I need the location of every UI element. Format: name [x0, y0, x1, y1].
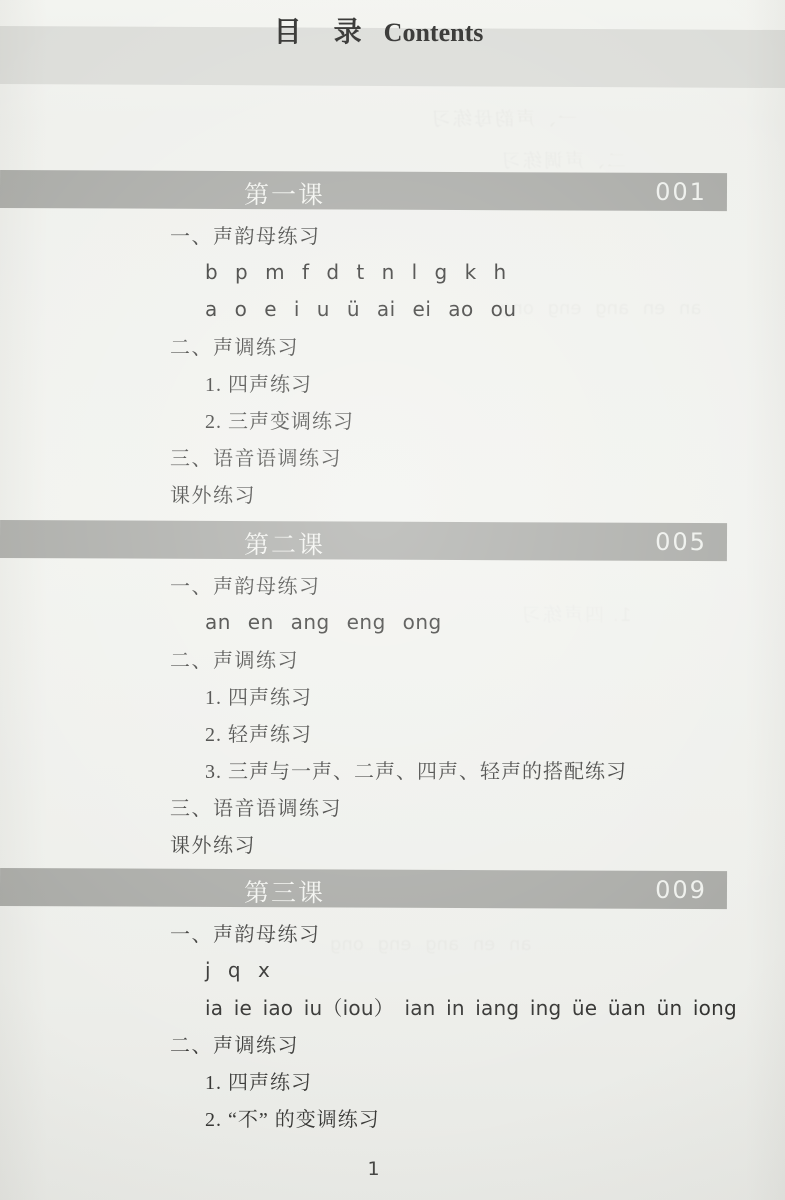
toc-entry-pinyin: a o e i u ü ai ei ao ou	[0, 290, 785, 327]
toc-entry-pinyin: b p m f d t n l g k h	[0, 253, 785, 290]
toc-entry-section: 一、声韵母练习	[0, 914, 785, 951]
bleedthrough-text: 一、声韵母练习	[430, 104, 577, 131]
lesson-1-page-number: 001	[655, 178, 707, 206]
lesson-1-entries: 一、声韵母练习 b p m f d t n l g k h a o e i u …	[0, 170, 785, 512]
toc-title-chinese: 目 录	[274, 17, 364, 48]
toc-entry-extra: 课外练习	[0, 475, 785, 512]
lesson-1-banner: 第一课 001	[0, 170, 727, 211]
lesson-3-banner: 第三课 009	[0, 868, 727, 909]
toc-entry-subitem: 2. “不” 的变调练习	[0, 1099, 785, 1136]
toc-lesson-1: 第一课 001 一、声韵母练习 b p m f d t n l g k h a …	[0, 170, 785, 512]
toc-entry-subitem: 1. 四声练习	[0, 364, 785, 401]
lesson-1-title: 第一课	[244, 175, 325, 211]
lesson-3-title: 第三课	[244, 873, 325, 909]
toc-entry-pinyin: ia ie iao iu（iou） ian in iang ing üe üan…	[0, 988, 785, 1025]
toc-entry-extra: 课外练习	[0, 825, 785, 862]
toc-lesson-3: 第三课 009 一、声韵母练习 j q x ia ie iao iu（iou） …	[0, 868, 785, 1136]
book-page: 一、声韵母练习 二、声调练习 an en ang eng ong 1. 四声练习…	[0, 0, 785, 1200]
toc-entry-subitem: 2. 轻声练习	[0, 714, 785, 751]
toc-entry-section: 三、语音语调练习	[0, 438, 785, 475]
toc-entry-section: 二、声调练习	[0, 640, 785, 677]
toc-entry-pinyin: j q x	[0, 951, 785, 988]
lesson-2-title: 第二课	[244, 525, 325, 561]
toc-entry-subitem: 2. 三声变调练习	[0, 401, 785, 438]
toc-lesson-2: 第二课 005 一、声韵母练习 an en ang eng ong 二、声调练习…	[0, 520, 785, 862]
toc-entry-section: 一、声韵母练习	[0, 216, 785, 253]
lesson-2-entries: 一、声韵母练习 an en ang eng ong 二、声调练习 1. 四声练习…	[0, 520, 785, 862]
lesson-2-page-number: 005	[655, 528, 707, 556]
page-number-footer: 1	[0, 1158, 766, 1180]
toc-title: 目 录Contents	[0, 10, 771, 50]
lesson-3-page-number: 009	[655, 876, 707, 904]
toc-entry-subitem: 1. 四声练习	[0, 1062, 785, 1099]
toc-title-english: Contents	[384, 18, 484, 47]
toc-entry-section: 一、声韵母练习	[0, 566, 785, 603]
toc-entry-subitem: 3. 三声与一声、二声、四声、轻声的搭配练习	[0, 751, 785, 788]
toc-entry-section: 三、语音语调练习	[0, 788, 785, 825]
toc-entry-section: 二、声调练习	[0, 327, 785, 364]
lesson-2-banner: 第二课 005	[0, 520, 727, 561]
bleedthrough-text: 二、声调练习	[500, 146, 626, 173]
toc-entry-section: 二、声调练习	[0, 1025, 785, 1062]
toc-entry-pinyin: an en ang eng ong	[0, 603, 785, 640]
toc-entry-subitem: 1. 四声练习	[0, 677, 785, 714]
